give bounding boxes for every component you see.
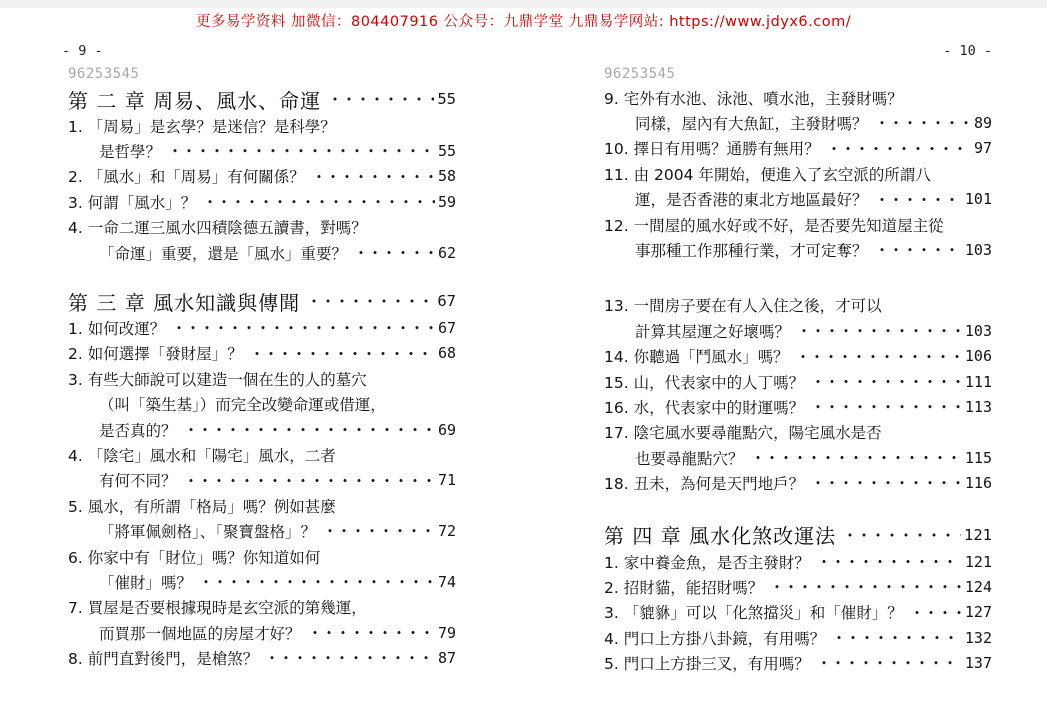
toc-entry-row: 3. 「貔貅」可以「化煞擋災」和「催財」？127: [604, 600, 992, 625]
toc-entry-text: 6. 你家中有「財位」嗎？你知道如何: [68, 546, 320, 568]
toc-entry-row: 2. 如何選擇「發財屋」？68: [68, 341, 456, 366]
toc-entry-text: 3. 何謂「風水」？: [68, 191, 196, 213]
toc-entry-text: 11. 由 2004 年開始，便進入了玄空派的所謂八: [604, 163, 931, 185]
toc-entry-text: 3. 「貔貅」可以「化煞擋災」和「催財」？: [604, 601, 903, 623]
dot-leader: [875, 110, 971, 135]
section-gap: [68, 265, 456, 287]
dot-leader: [811, 470, 962, 495]
toc-entry-row: 12. 一間屋的風水好或不好，是否要先知道屋主從: [604, 212, 992, 237]
dot-leader: [796, 344, 962, 369]
toc-entry-text: 14. 你聽過「鬥風水」嗎？: [604, 345, 789, 367]
toc-page-number: 101: [965, 190, 992, 208]
chapter-title: 第 四 章 風水化煞改運法: [604, 520, 836, 549]
toc-page-number: 55: [437, 90, 456, 108]
toc-page-number: 111: [965, 373, 992, 391]
toc-entry-text: 10. 擇日有用嗎？通勝有無用？: [604, 137, 820, 159]
dot-leader: [328, 85, 434, 113]
promo-header-text: 更多易学资料 加微信：804407916 公众号：九鼎学堂 九鼎易学网站: ht…: [0, 10, 1047, 31]
toc-entry-text: 1. 如何改運？: [68, 317, 165, 339]
toc-page-number: 132: [965, 629, 992, 647]
toc-entry-row: 1. 「周易」是玄學？是迷信？是科學？: [68, 113, 456, 138]
toc-entry-text: 運，是否香港的東北方地區最好？: [635, 188, 868, 210]
toc-lines-left: 第 二 章 周易、風水、命運551. 「周易」是玄學？是迷信？是科學？是哲學？5…: [68, 85, 456, 671]
chapter-title: 第 二 章 周易、風水、命運: [68, 85, 321, 114]
scan-top-edge: [0, 0, 1047, 8]
dot-leader: [875, 237, 962, 262]
toc-page-number: 74: [438, 573, 456, 591]
toc-page-left: - 9 - 96253545 第 二 章 周易、風水、命運551. 「周易」是玄…: [68, 40, 456, 671]
toc-page-number: 121: [964, 526, 992, 544]
dot-leader: [203, 189, 435, 214]
toc-entry-row: 「催財」嗎？74: [68, 569, 456, 594]
toc-page-number: 68: [438, 344, 456, 362]
toc-entry-row: 1. 家中養金魚，是否主發財？121: [604, 549, 992, 574]
dot-leader: [250, 341, 435, 366]
toc-page-number: 121: [965, 553, 992, 571]
dot-leader: [817, 549, 962, 574]
toc-entry-text: 8. 前門直對後門，是槍煞？: [68, 647, 258, 669]
toc-entry-row: 13. 一間房子要在有人入住之後，才可以: [604, 293, 992, 318]
dot-leader: [910, 600, 962, 625]
toc-entry-text: 事那種工作那種行業，才可定奪？: [635, 239, 868, 261]
toc-page-number: 67: [438, 319, 456, 337]
toc-entry-text: 4. 「陰宅」風水和「陽宅」風水，二者: [68, 444, 336, 466]
toc-entry-row: 4. 門口上方掛八卦鏡，有用嗎？132: [604, 625, 992, 650]
toc-entry-row: 2. 招財貓，能招財嗎？124: [604, 574, 992, 599]
watermark-left: 96253545: [68, 62, 456, 85]
toc-entry-row: 1. 如何改運？67: [68, 315, 456, 340]
page-number-label-left: - 9 -: [62, 40, 456, 62]
dot-leader: [817, 650, 962, 675]
toc-page-number: 124: [965, 578, 992, 596]
toc-entry-row: 5. 門口上方掛三叉，有用嗎？137: [604, 650, 992, 675]
toc-entry-row: 9. 宅外有水池、泳池、噴水池，主發財嗎？: [604, 85, 992, 110]
toc-entry-text: 15. 山，代表家中的人丁嗎？: [604, 371, 804, 393]
toc-entry-row: 16. 水，代表家中的財運嗎？113: [604, 394, 992, 419]
toc-entry-row: 有何不同？71: [68, 468, 456, 493]
toc-entry-text: 18. 丑未，為何是天門地戶？: [604, 472, 804, 494]
toc-entry-row: （叫「築生基」）而完全改變命運或借運，: [68, 392, 456, 417]
toc-page-number: 59: [438, 193, 456, 211]
toc-entry-row: 3. 有些大師說可以建造一個在生的人的墓穴: [68, 366, 456, 391]
toc-entry-text: 9. 宅外有水池、泳池、噴水池，主發財嗎？: [604, 87, 903, 109]
dot-leader: [751, 445, 962, 470]
dot-leader: [770, 574, 962, 599]
dot-leader: [875, 187, 962, 212]
toc-page-number: 69: [438, 421, 456, 439]
toc-entry-row: 運，是否香港的東北方地區最好？101: [604, 187, 992, 212]
chapter-title: 第 三 章 風水知識與傳聞: [68, 287, 300, 316]
toc-entry-text: 是否真的？: [99, 419, 177, 441]
toc-entry-text: 2. 「風水」和「周易」有何關係？: [68, 165, 305, 187]
toc-page-number: 103: [965, 241, 992, 259]
toc-page-number: 113: [965, 398, 992, 416]
toc-page-number: 115: [965, 449, 992, 467]
toc-page-number: 97: [974, 139, 992, 157]
toc-page-number: 87: [438, 649, 456, 667]
dot-leader: [797, 318, 962, 343]
section-gap: [604, 263, 992, 293]
dot-leader: [323, 518, 435, 543]
page-number-label-right: - 10 -: [604, 40, 992, 62]
chapter-heading-row: 第 三 章 風水知識與傳聞67: [68, 287, 456, 315]
toc-entry-text: 1. 「周易」是玄學？是迷信？是科學？: [68, 115, 336, 137]
chapter-heading-row: 第 二 章 周易、風水、命運55: [68, 85, 456, 113]
section-gap: [604, 496, 992, 521]
dot-leader: [811, 369, 962, 394]
toc-entry-text: （叫「築生基」）而完全改變命運或借運，: [99, 393, 386, 415]
dot-leader: [265, 645, 435, 670]
toc-page-number: 103: [965, 322, 992, 340]
toc-page-number: 58: [438, 167, 456, 185]
dot-leader: [832, 625, 962, 650]
toc-entry-row: 是否真的？69: [68, 417, 456, 442]
toc-entry-text: 計算其屋運之好壞嗎？: [635, 320, 790, 342]
scanned-book-spread: 更多易学资料 加微信：804407916 公众号：九鼎学堂 九鼎易学网站: ht…: [0, 0, 1047, 704]
toc-entry-row: 8. 前門直對後門，是槍煞？87: [68, 645, 456, 670]
dot-leader: [843, 521, 961, 549]
toc-page-number: 55: [438, 142, 456, 160]
toc-entry-row: 4. 「陰宅」風水和「陽宅」風水，二者: [68, 442, 456, 467]
toc-entry-text: 17. 陰宅風水要尋龍點穴，陽宅風水是否: [604, 421, 882, 443]
toc-entry-row: 14. 你聽過「鬥風水」嗎？106: [604, 344, 992, 369]
toc-entry-text: 13. 一間房子要在有人入住之後，才可以: [604, 294, 882, 316]
toc-entry-row: 3. 何謂「風水」？59: [68, 189, 456, 214]
toc-page-number: 127: [965, 603, 992, 621]
dot-leader: [312, 164, 435, 189]
dot-leader: [184, 417, 435, 442]
toc-entry-text: 同樣，屋內有大魚缸，主發財嗎？: [635, 112, 868, 134]
toc-entry-row: 計算其屋運之好壞嗎？103: [604, 318, 992, 343]
dot-leader: [827, 136, 971, 161]
toc-entry-row: 5. 風水，有所謂「格局」嗎？例如甚麼: [68, 493, 456, 518]
dot-leader: [184, 468, 435, 493]
toc-entry-row: 而買那一個地區的房屋才好？79: [68, 620, 456, 645]
toc-entry-row: 「將軍佩劍格」、「聚寶盤格」？72: [68, 518, 456, 543]
dot-leader: [168, 138, 435, 163]
chapter-heading-row: 第 四 章 風水化煞改運法121: [604, 521, 992, 549]
toc-page-number: 106: [965, 347, 992, 365]
toc-entry-row: 15. 山，代表家中的人丁嗎？111: [604, 369, 992, 394]
toc-entry-row: 18. 丑未，為何是天門地戶？116: [604, 470, 992, 495]
dot-leader: [354, 240, 435, 265]
toc-entry-text: 4. 門口上方掛八卦鏡，有用嗎？: [604, 627, 825, 649]
dot-leader: [308, 620, 435, 645]
toc-entry-text: 2. 如何選擇「發財屋」？: [68, 342, 243, 364]
toc-entry-row: 11. 由 2004 年開始，便進入了玄空派的所謂八: [604, 161, 992, 186]
toc-entry-text: 7. 買屋是否要根據現時是玄空派的第幾運，: [68, 596, 367, 618]
toc-page-number: 67: [437, 292, 456, 310]
toc-entry-text: 「催財」嗎？: [99, 571, 192, 593]
toc-entry-row: 4. 一命二運三風水四積陰德五讀書，對嗎？: [68, 215, 456, 240]
toc-page-number: 79: [438, 624, 456, 642]
toc-entry-text: 4. 一命二運三風水四積陰德五讀書，對嗎？: [68, 216, 367, 238]
toc-entry-row: 10. 擇日有用嗎？通勝有無用？97: [604, 136, 992, 161]
toc-entry-row: 同樣，屋內有大魚缸，主發財嗎？89: [604, 110, 992, 135]
toc-entry-row: 是哲學？55: [68, 138, 456, 163]
watermark-right: 96253545: [604, 62, 992, 85]
toc-entry-text: 5. 門口上方掛三叉，有用嗎？: [604, 652, 810, 674]
dot-leader: [307, 287, 434, 315]
toc-entry-text: 也要尋龍點穴？: [635, 447, 744, 469]
toc-entry-text: 16. 水，代表家中的財運嗎？: [604, 396, 804, 418]
toc-page-number: 89: [974, 114, 992, 132]
toc-entry-text: 5. 風水，有所謂「格局」嗎？例如甚麼: [68, 495, 336, 517]
toc-entry-row: 7. 買屋是否要根據現時是玄空派的第幾運，: [68, 595, 456, 620]
dot-leader: [811, 394, 962, 419]
toc-entry-row: 也要尋龍點穴？115: [604, 445, 992, 470]
toc-entry-row: 6. 你家中有「財位」嗎？你知道如何: [68, 544, 456, 569]
toc-entry-text: 1. 家中養金魚，是否主發財？: [604, 551, 810, 573]
dot-leader: [172, 315, 435, 340]
toc-entry-row: 17. 陰宅風水要尋龍點穴，陽宅風水是否: [604, 420, 992, 445]
toc-entry-text: 有何不同？: [99, 469, 177, 491]
toc-page-number: 62: [438, 244, 456, 262]
toc-lines-right: 9. 宅外有水池、泳池、噴水池，主發財嗎？同樣，屋內有大魚缸，主發財嗎？8910…: [604, 85, 992, 676]
toc-entry-text: 3. 有些大師說可以建造一個在生的人的墓穴: [68, 368, 367, 390]
toc-entry-row: 2. 「風水」和「周易」有何關係？58: [68, 164, 456, 189]
toc-entry-row: 「命運」重要，還是「風水」重要？62: [68, 240, 456, 265]
toc-entry-text: 「命運」重要，還是「風水」重要？: [99, 242, 347, 264]
toc-page-number: 72: [438, 522, 456, 540]
toc-entry-row: 事那種工作那種行業，才可定奪？103: [604, 237, 992, 262]
dot-leader: [199, 569, 435, 594]
toc-entry-text: 12. 一間屋的風水好或不好，是否要先知道屋主從: [604, 214, 944, 236]
toc-entry-text: 是哲學？: [99, 140, 161, 162]
toc-page-number: 116: [965, 474, 992, 492]
toc-entry-text: 「將軍佩劍格」、「聚寶盤格」？: [99, 520, 316, 542]
toc-page-number: 137: [965, 654, 992, 672]
toc-page-number: 71: [438, 471, 456, 489]
toc-page-right: - 10 - 96253545 9. 宅外有水池、泳池、噴水池，主發財嗎？同樣，…: [604, 40, 992, 676]
toc-entry-text: 而買那一個地區的房屋才好？: [99, 622, 301, 644]
toc-entry-text: 2. 招財貓，能招財嗎？: [604, 576, 763, 598]
